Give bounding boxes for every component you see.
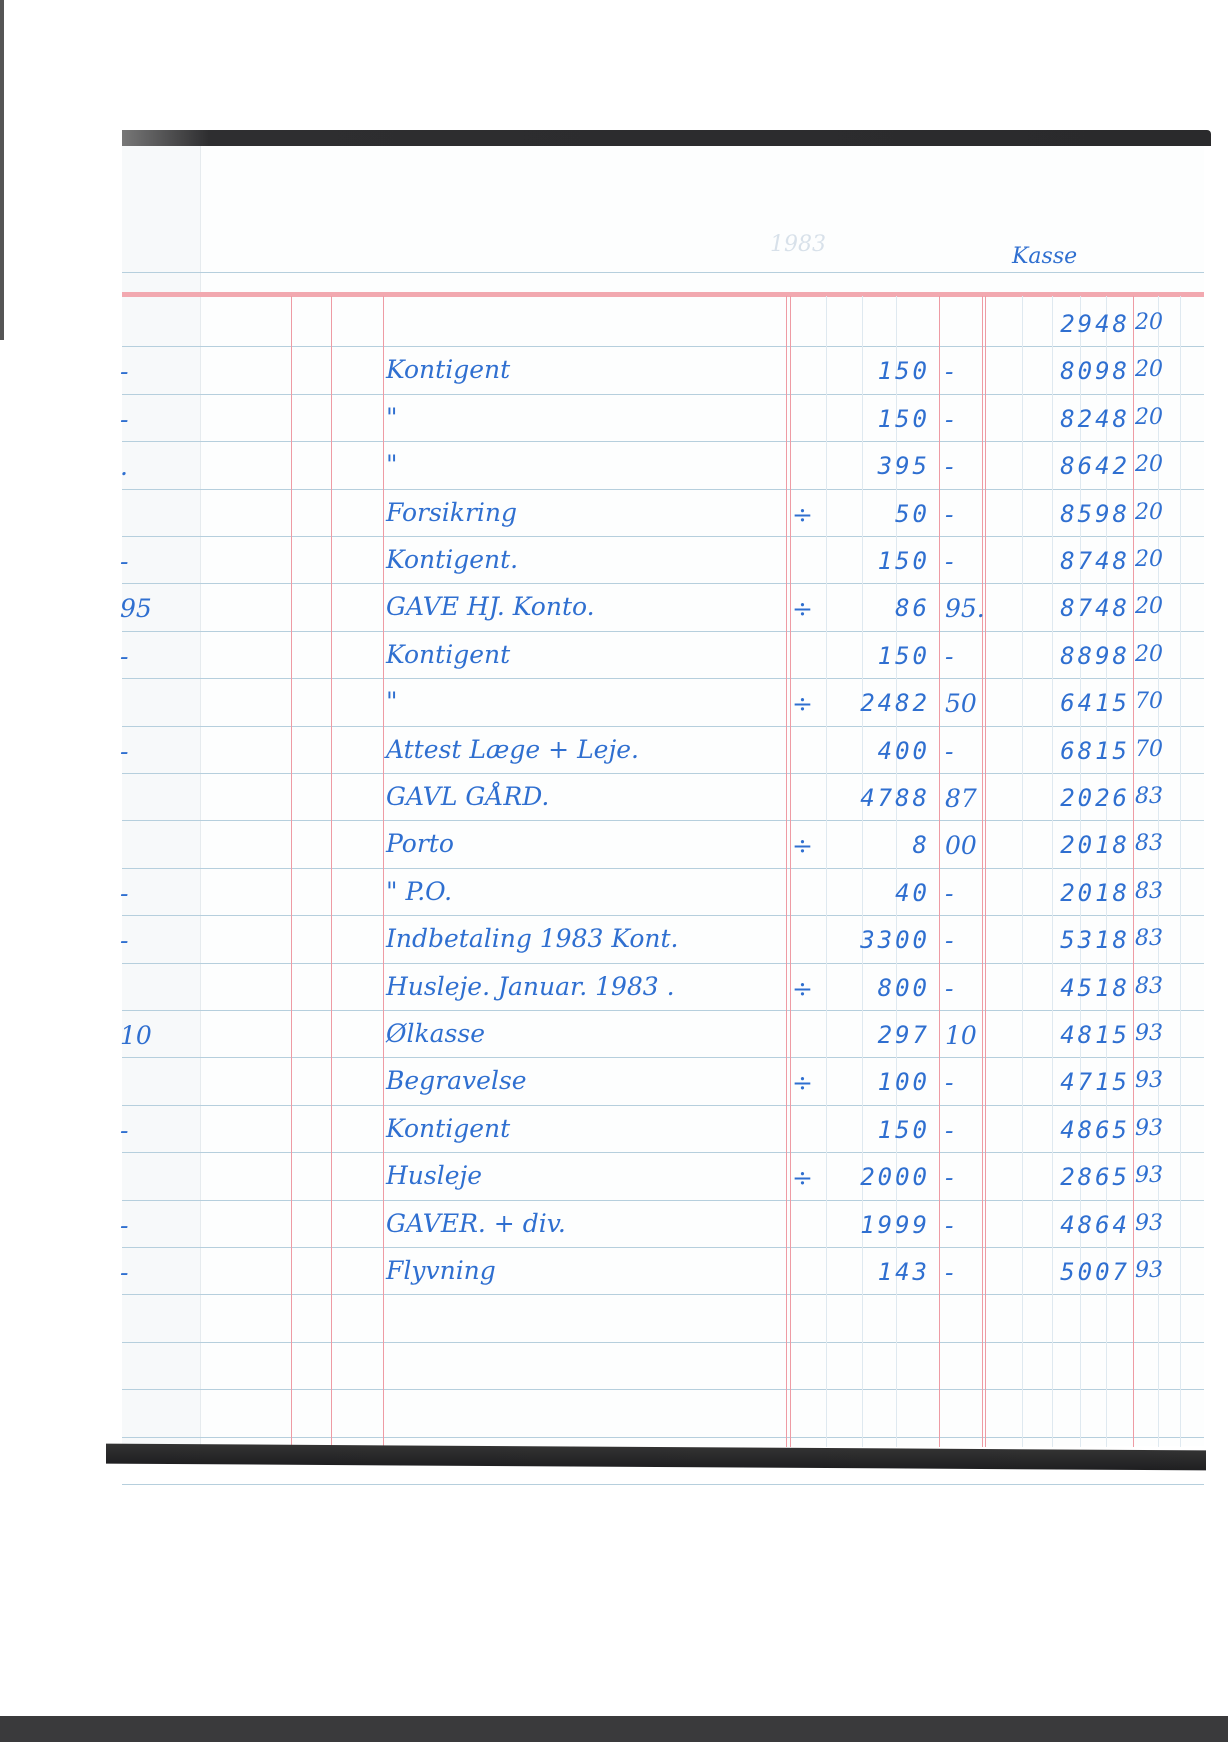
amount-dec: 50: [945, 691, 977, 716]
binder-shadow-bottom: [106, 1444, 1206, 1471]
entry-description: Attest Læge + Leje.: [386, 737, 639, 762]
entry-description: Kontigent: [386, 642, 510, 667]
margin-mark: .: [120, 454, 128, 479]
amount-dec: -: [945, 644, 953, 669]
balance-int: 2018: [1060, 881, 1130, 905]
ledger-row: -Indbetaling 1983 Kont.3300-531883: [0, 916, 1228, 966]
margin-mark: 95: [120, 596, 152, 621]
balance-int: 6815: [1060, 739, 1130, 763]
entry-description: Husleje. Januar. 1983 .: [386, 974, 675, 999]
amount-dec: -: [945, 739, 953, 764]
ledger-row: GAVL GÅRD.478887202683: [0, 774, 1228, 824]
entry-description: ": [386, 405, 398, 430]
ledger-row: -Kontigent.150-874820: [0, 537, 1228, 587]
balance-dec: 93: [1135, 1070, 1163, 1092]
ledger-row: -Kontigent150-889820: [0, 632, 1228, 682]
balance-int: 8248: [1060, 407, 1130, 431]
amount-dec: -: [945, 549, 953, 574]
amount-dec: 87: [945, 786, 977, 811]
amount-int: 150: [878, 1118, 930, 1142]
balance-dec: 20: [1135, 596, 1163, 618]
ledger-row: -GAVER. + div.1999-486493: [0, 1201, 1228, 1251]
amount-int: 3300: [860, 928, 930, 952]
balance-dec: 83: [1135, 881, 1163, 903]
balance-dec: 83: [1135, 928, 1163, 950]
ledger-row: ."395-864220: [0, 442, 1228, 492]
row-rule: [122, 1437, 1204, 1438]
margin-mark: -: [120, 407, 128, 432]
margin-mark: -: [120, 359, 128, 384]
margin-mark: -: [120, 881, 128, 906]
balance-int: 8642: [1060, 454, 1130, 478]
balance-dec: 70: [1135, 739, 1163, 761]
amount-int: 150: [878, 359, 930, 383]
entry-description: ": [386, 689, 398, 714]
amount-dec: -: [945, 1260, 953, 1285]
entry-description: Indbetaling 1983 Kont.: [386, 926, 679, 951]
balance-int: 4815: [1060, 1023, 1130, 1047]
column-header-kasse: Kasse: [1012, 246, 1077, 268]
header-red-rule: [122, 292, 1204, 297]
entry-description: Porto: [386, 831, 454, 856]
balance-int: 6415: [1060, 691, 1130, 715]
amount-dec: -: [945, 1213, 953, 1238]
entry-description: GAVE HJ. Konto.: [386, 594, 595, 619]
balance-int: 8098: [1060, 359, 1130, 383]
balance-dec: 70: [1135, 691, 1163, 713]
ledger-row: Begravelse÷100-471593: [0, 1058, 1228, 1108]
faded-show-through-year: 1983: [770, 232, 826, 257]
entry-description: Husleje: [386, 1163, 482, 1188]
amount-dec: -: [945, 407, 953, 432]
balance-dec: 20: [1135, 644, 1163, 666]
debit-sign: ÷: [792, 1165, 813, 1190]
amount-dec: -: [945, 1118, 953, 1143]
balance-dec: 20: [1135, 502, 1163, 524]
amount-dec: 10: [945, 1023, 977, 1048]
balance-int: 8598: [1060, 502, 1130, 526]
balance-dec: 93: [1135, 1260, 1163, 1282]
margin-mark: -: [120, 644, 128, 669]
amount-int: 395: [878, 454, 930, 478]
ledger-row: Husleje. Januar. 1983 .÷800-451883: [0, 964, 1228, 1014]
amount-dec: 00: [945, 833, 977, 858]
entry-description: Flyvning: [386, 1258, 496, 1283]
ledger-row: -" P.O.40-201883: [0, 869, 1228, 919]
balance-dec: 93: [1135, 1165, 1163, 1187]
entry-description: GAVER. + div.: [386, 1211, 566, 1236]
amount-int: 40: [895, 881, 930, 905]
opening-balance-row: 2948 20: [0, 300, 1228, 350]
balance-dec: 20: [1135, 454, 1163, 476]
amount-int: 86: [895, 596, 930, 620]
amount-dec: 95.: [945, 596, 985, 621]
amount-dec: -: [945, 502, 953, 527]
amount-int: 143: [878, 1260, 930, 1284]
amount-dec: -: [945, 1070, 953, 1095]
balance-int: 4865: [1060, 1118, 1130, 1142]
balance-int: 4518: [1060, 976, 1130, 1000]
debit-sign: ÷: [792, 1070, 813, 1095]
debit-sign: ÷: [792, 976, 813, 1001]
balance-int: 2865: [1060, 1165, 1130, 1189]
entry-description: ": [386, 452, 398, 477]
amount-dec: -: [945, 976, 953, 1001]
scan-bottom-edge: [0, 1716, 1228, 1742]
balance-int: 8748: [1060, 549, 1130, 573]
amount-dec: -: [945, 1165, 953, 1190]
amount-int: 297: [878, 1023, 930, 1047]
binder-shadow-top: [122, 130, 1211, 146]
margin-mark: -: [120, 928, 128, 953]
row-rule: [122, 1389, 1204, 1390]
ledger-row: Husleje÷2000-286593: [0, 1153, 1228, 1203]
ledger-row: 10Ølkasse29710481593: [0, 1011, 1228, 1061]
margin-mark: -: [120, 739, 128, 764]
entry-description: " P.O.: [386, 879, 452, 904]
entry-description: Forsikring: [386, 500, 517, 525]
balance-dec: 83: [1135, 976, 1163, 998]
margin-mark: -: [120, 1260, 128, 1285]
debit-sign: ÷: [792, 691, 813, 716]
amount-int: 150: [878, 407, 930, 431]
ledger-row: Forsikring÷50-859820: [0, 490, 1228, 540]
balance-int: 8748: [1060, 596, 1130, 620]
balance-int: 5318: [1060, 928, 1130, 952]
balance-int: 4715: [1060, 1070, 1130, 1094]
amount-dec: -: [945, 928, 953, 953]
entry-description: Kontigent: [386, 357, 510, 382]
amount-int: 8: [913, 833, 930, 857]
ledger-row: -Kontigent150-486593: [0, 1106, 1228, 1156]
balance-dec: 83: [1135, 786, 1163, 808]
amount-int: 1999: [860, 1213, 930, 1237]
margin-mark: -: [120, 1213, 128, 1238]
balance-dec: 20: [1135, 549, 1163, 571]
margin-mark: 10: [120, 1023, 152, 1048]
amount-dec: -: [945, 881, 953, 906]
entry-description: Begravelse: [386, 1068, 527, 1093]
balance-dec: 93: [1135, 1213, 1163, 1235]
header-rule: [122, 272, 1204, 273]
ledger-row: -Kontigent150-809820: [0, 347, 1228, 397]
debit-sign: ÷: [792, 596, 813, 621]
amount-int: 2000: [860, 1165, 930, 1189]
amount-int: 2482: [860, 691, 930, 715]
balance-dec: 83: [1135, 833, 1163, 855]
ledger-row: -Attest Læge + Leje.400-681570: [0, 727, 1228, 777]
balance-dec: 93: [1135, 1023, 1163, 1045]
margin-mark: -: [120, 1118, 128, 1143]
ledger-row: -Flyvning143-500793: [0, 1248, 1228, 1298]
balance-int: 5007: [1060, 1260, 1130, 1284]
amount-int: 4788: [860, 786, 930, 810]
balance-dec: 20: [1135, 312, 1163, 334]
entry-description: Kontigent.: [386, 547, 518, 572]
balance-dec: 20: [1135, 359, 1163, 381]
margin-mark: -: [120, 549, 128, 574]
amount-int: 150: [878, 644, 930, 668]
balance-int: 2948: [1060, 312, 1130, 336]
balance-int: 2018: [1060, 833, 1130, 857]
ledger-row: "÷248250641570: [0, 679, 1228, 729]
debit-sign: ÷: [792, 833, 813, 858]
row-rule: [122, 1342, 1204, 1343]
ledger-row: Porto÷800201883: [0, 821, 1228, 871]
balance-dec: 20: [1135, 407, 1163, 429]
entry-description: GAVL GÅRD.: [386, 784, 549, 809]
row-rule: [122, 1484, 1204, 1485]
amount-dec: -: [945, 359, 953, 384]
amount-int: 800: [878, 976, 930, 1000]
amount-int: 400: [878, 739, 930, 763]
entry-description: Kontigent: [386, 1116, 510, 1141]
balance-int: 2026: [1060, 786, 1130, 810]
balance-dec: 93: [1135, 1118, 1163, 1140]
amount-int: 150: [878, 549, 930, 573]
entry-description: Ølkasse: [386, 1021, 485, 1046]
scan-edge: [0, 0, 4, 340]
amount-dec: -: [945, 454, 953, 479]
balance-int: 4864: [1060, 1213, 1130, 1237]
balance-int: 8898: [1060, 644, 1130, 668]
debit-sign: ÷: [792, 502, 813, 527]
amount-int: 100: [878, 1070, 930, 1094]
ledger-row: 95GAVE HJ. Konto.÷8695.874820: [0, 584, 1228, 634]
ledger-row: -"150-824820: [0, 395, 1228, 445]
amount-int: 50: [895, 502, 930, 526]
